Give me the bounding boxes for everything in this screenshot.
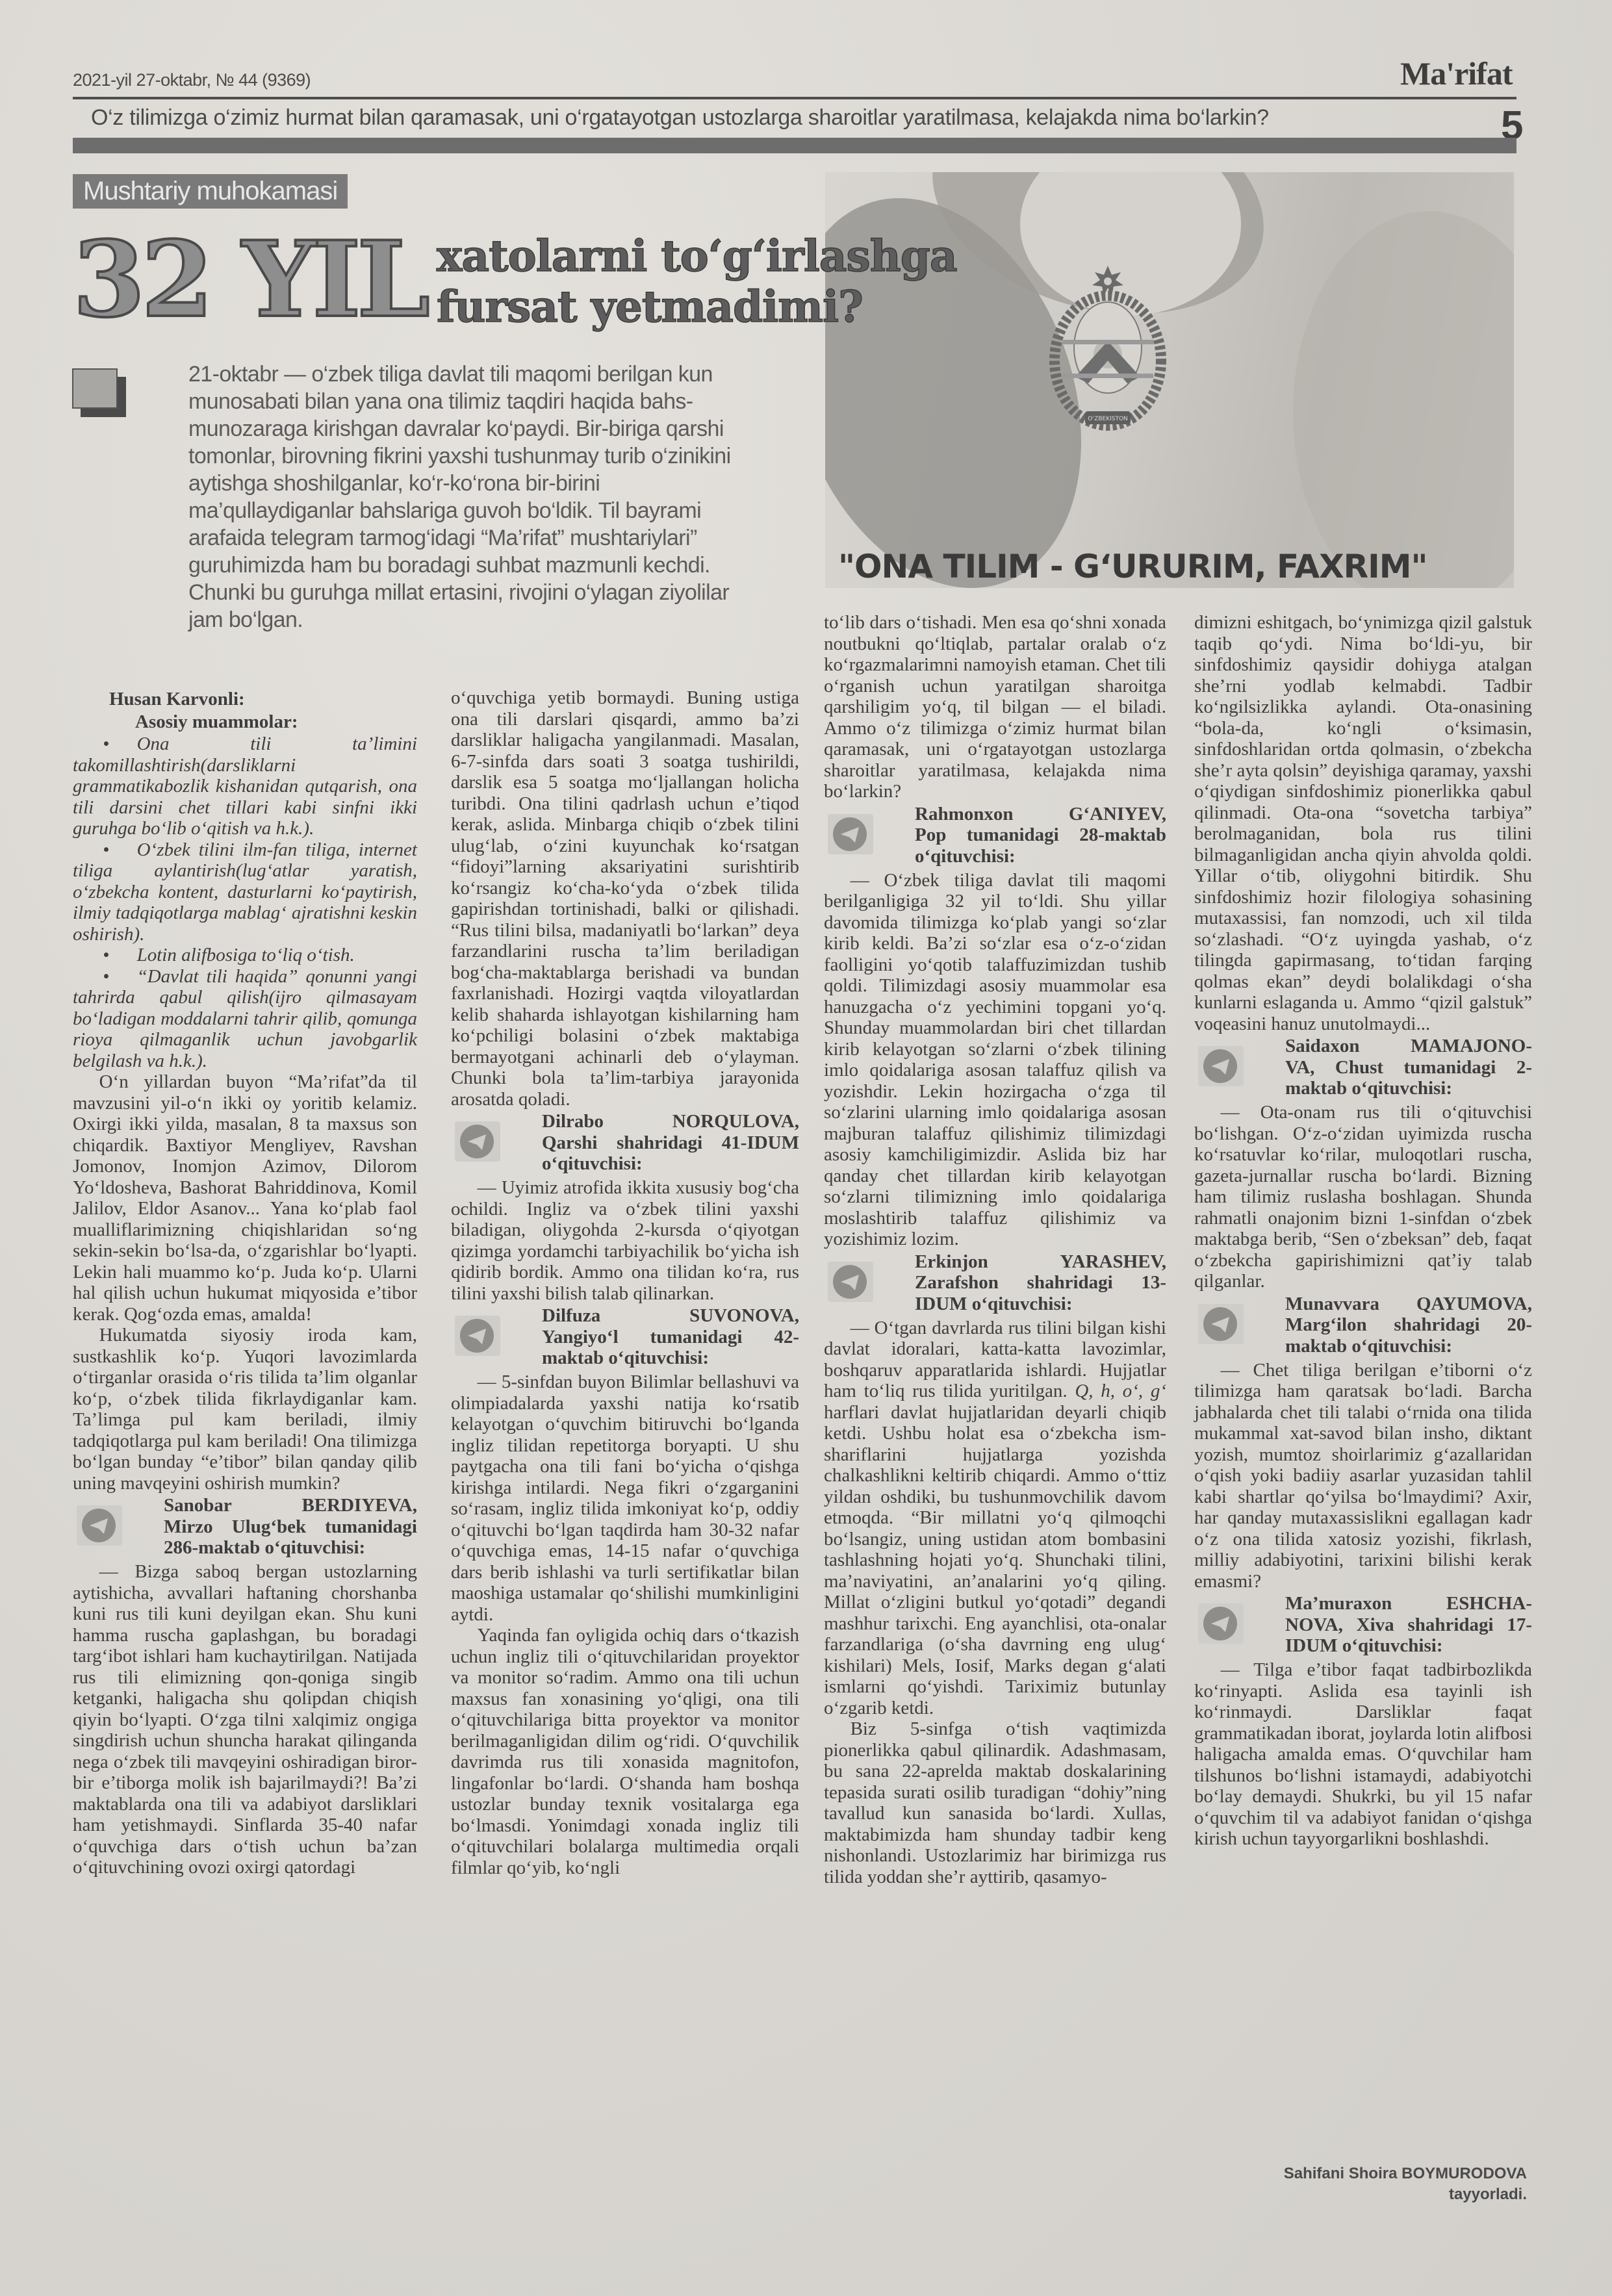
issue-date: 2021-yil 27-oktabr, № 44 (9369) bbox=[73, 70, 311, 90]
section-label: Mushtariy muhokamasi bbox=[73, 174, 348, 209]
paragraph: — 5-sinfdan buyon Bilimlar bellashuvi va… bbox=[451, 1371, 799, 1625]
paragraph: o‘quvchiga yetib bormaydi. Buning ustiga… bbox=[451, 687, 799, 1110]
author-role: Marg‘ilon shahridagi 20-maktab o‘qituvch… bbox=[1285, 1314, 1532, 1357]
author-name: Ma’muraxon ESHCHA- bbox=[1285, 1593, 1532, 1614]
author-role: VA, Chust tumanidagi 2-maktab o‘qituvchi… bbox=[1285, 1057, 1532, 1099]
author-role: Pop tumanidagi 28-maktab o‘qituvchisi: bbox=[915, 824, 1166, 867]
paragraph: — Chet tiliga berilgan e’tiborni o‘z til… bbox=[1194, 1360, 1532, 1592]
author-role: Mirzo Ulug‘bek tumanidagi 286-maktab o‘q… bbox=[164, 1516, 417, 1559]
column-2: o‘quvchiga yetib bormaydi. Buning ustiga… bbox=[451, 687, 799, 1878]
bullet-item: Lotin alifbosiga to‘liq o‘tish. bbox=[73, 945, 417, 966]
paragraph: — O‘zbek tiliga davlat tili maqomi beril… bbox=[824, 870, 1166, 1250]
author-role: Yangiyo‘l tumanidagi 42-maktab o‘qituvch… bbox=[542, 1327, 799, 1369]
statue-silhouette bbox=[1293, 211, 1514, 588]
author-role: NOVA, Xiva shahridagi 17-IDUM o‘qituvchi… bbox=[1285, 1614, 1532, 1657]
headline-line-2: fursat yetmadimi? bbox=[437, 281, 957, 332]
paragraph: dimizni eshitgach, bo‘ynimizga qizil gal… bbox=[1194, 612, 1532, 1034]
paragraph: — Tilga e’tibor faqat tadbirbozlikda ko‘… bbox=[1194, 1659, 1532, 1850]
telegram-icon bbox=[828, 814, 873, 854]
svg-text:O‘ZBEKISTON: O‘ZBEKISTON bbox=[1088, 416, 1128, 422]
author-byline: Dilfuza SUVONOVA, Yangiyo‘l tumanidagi 4… bbox=[451, 1305, 799, 1370]
author-name: Dilfuza SUVONOVA, bbox=[542, 1305, 799, 1327]
article-lead: 21-oktabr — o‘zbek tiliga davlat tili ma… bbox=[188, 361, 747, 633]
paragraph: — O‘tgan davrlarda rus tilini bilgan kis… bbox=[824, 1318, 1166, 1719]
paragraph: — Ota-onam rus tili o‘qituvchisi bo‘lish… bbox=[1194, 1102, 1532, 1292]
author-role: Zarafshon shahridagi 13-IDUM o‘qituvchis… bbox=[915, 1272, 1166, 1314]
paragraph: Biz 5-sinfga o‘tish vaqtimizda pionerlik… bbox=[824, 1718, 1166, 1887]
telegram-icon bbox=[828, 1262, 873, 1302]
page-credit: Sahifani Shoira BOYMURODOVA tayyorladi. bbox=[1254, 2163, 1527, 2205]
author-byline: Ma’muraxon ESHCHA- NOVA, Xiva shahridagi… bbox=[1194, 1593, 1532, 1658]
paragraph: — Uyimiz atrofida ikkita xususiy bog‘cha… bbox=[451, 1177, 799, 1304]
header-band bbox=[73, 138, 1516, 153]
telegram-icon bbox=[1198, 1304, 1244, 1344]
headline-number: 32 YIL bbox=[73, 227, 426, 331]
bullet-item: O‘zbek tilini ilm-fan tiliga, internet t… bbox=[73, 839, 417, 945]
page-tagline: O‘z tilimizga o‘zimiz hurmat bilan qaram… bbox=[91, 105, 1269, 131]
lead-text: 21-oktabr — o‘zbek tiliga davlat tili ma… bbox=[188, 361, 747, 633]
author-byline: Saidaxon MAMAJONO- VA, Chust tumanidagi … bbox=[1194, 1036, 1532, 1101]
italic-letters: Q, h, o‘, g‘ bbox=[1075, 1381, 1166, 1401]
paragraph: — Bizga saboq bergan ustozlarning aytish… bbox=[73, 1561, 417, 1878]
column-1: Husan Karvonli: Asosiy muammolar: Ona ti… bbox=[73, 687, 417, 1878]
photo-caption: "ONA TILIM - G‘URURIM, FAXRIM" bbox=[838, 548, 1427, 585]
subheading: Asosiy muammolar: bbox=[73, 711, 417, 733]
telegram-icon bbox=[77, 1505, 122, 1546]
bullet-item: “Davlat tili haqida” qonunni yangi tahri… bbox=[73, 966, 417, 1072]
paragraph: Hukumatda siyosiy iroda kam, sustkashlik… bbox=[73, 1325, 417, 1494]
state-emblem-icon: O‘ZBEKISTON bbox=[1049, 263, 1166, 432]
paragraph: to‘lib dars o‘tishadi. Men esa qo‘shni x… bbox=[824, 612, 1166, 802]
author-byline: Munavvara QAYUMOVA, Marg‘ilon shahridagi… bbox=[1194, 1294, 1532, 1358]
column-3: to‘lib dars o‘tishadi. Men esa qo‘shni x… bbox=[824, 612, 1166, 1887]
telegram-icon bbox=[1198, 1046, 1244, 1086]
author-name: Rahmonxon G‘ANIYEV, bbox=[915, 804, 1166, 825]
author-role: Qarshi shahridagi 41-IDUM o‘qituvchisi: bbox=[542, 1132, 799, 1175]
author-name: Husan Karvonli: bbox=[73, 689, 417, 710]
telegram-icon bbox=[455, 1316, 500, 1356]
author-name: Munavvara QAYUMOVA, bbox=[1285, 1294, 1532, 1315]
paragraph: O‘n yillardan buyon “Ma’rifat”da til mav… bbox=[73, 1071, 417, 1325]
newspaper-brand: Ma'rifat bbox=[1400, 55, 1512, 92]
telegram-icon bbox=[1198, 1603, 1244, 1644]
bullet-item: Ona tili ta’limini takomillashtirish(dar… bbox=[73, 733, 417, 839]
headline-line-1: xatolarni to‘g‘irlashga bbox=[437, 231, 957, 281]
author-name: Saidaxon MAMAJONO- bbox=[1285, 1036, 1532, 1057]
author-byline: Erkinjon YARASHEV, Zarafshon shahridagi … bbox=[824, 1251, 1166, 1316]
square-bullet-icon bbox=[71, 364, 130, 422]
author-byline: Rahmonxon G‘ANIYEV, Pop tumanidagi 28-ma… bbox=[824, 804, 1166, 869]
author-byline: Sanobar BERDIYEVA, Mirzo Ulug‘bek tumani… bbox=[73, 1495, 417, 1560]
author-name: Sanobar BERDIYEVA, bbox=[164, 1495, 417, 1516]
credit-line-1: Sahifani Shoira BOYMURODOVA bbox=[1254, 2163, 1527, 2184]
author-name: Dilrabo NORQULOVA, bbox=[542, 1111, 799, 1132]
author-byline: Dilrabo NORQULOVA, Qarshi shahridagi 41-… bbox=[451, 1111, 799, 1176]
credit-line-2: tayyorladi. bbox=[1254, 2184, 1527, 2205]
headline: xatolarni to‘g‘irlashga fursat yetmadimi… bbox=[437, 231, 957, 332]
author-name: Erkinjon YARASHEV, bbox=[915, 1251, 1166, 1273]
paragraph: Yaqinda fan oyligida ochiq dars o‘tkazis… bbox=[451, 1625, 799, 1878]
telegram-icon bbox=[455, 1121, 500, 1162]
column-4: dimizni eshitgach, bo‘ynimizga qizil gal… bbox=[1194, 612, 1532, 1850]
header-rule bbox=[73, 97, 1516, 99]
